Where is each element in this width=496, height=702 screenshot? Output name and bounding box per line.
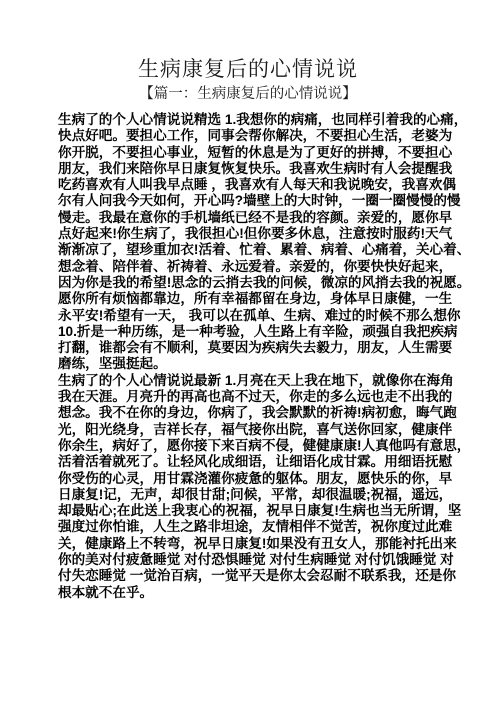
body-line: 付失恋睡觉 一觉治百病，一觉平天是你太会忍耐不联系我，还是你 [58, 568, 464, 584]
body-line: 想念。我不在你的身边，你病了，我会默默的祈祷!病初愈，晦气跑 [58, 405, 464, 421]
body-line: 生病了的个人心情说说最新 1.月亮在天上我在地下，就像你在海角 [58, 373, 464, 389]
body-line: 我在天涯。月亮升的再高也高不过天，你走的多么远也走不出我的 [58, 389, 464, 405]
body-line: 强度过你怕谁，人生之路非坦途，友情相伴不觉苦，祝你度过此难 [58, 519, 464, 535]
body-line: 日康复!记，无声，却很甘甜;问候，平常，却很温暖;祝福，遥远， [58, 487, 464, 503]
body-line: 慢走。我最在意你的手机墙纸已经不是我的容颜。亲爱的，愿你早 [58, 210, 464, 226]
body-line: 愿你所有烦恼都靠边，所有幸福都留在身边，身体早日康健，一生 [58, 291, 464, 307]
body-line: 快点好吧。要担心工作，同事会帮你解决，不要担心生活，老婆为 [58, 128, 464, 144]
document-subtitle: 【篇一：生病康复后的心情说说】 [0, 84, 496, 104]
body-line: 活着活着就死了。让轻风化成细语，让细语化成甘霖。用细语抚慰 [58, 454, 464, 470]
body-line: 点好起来!你生病了，我很担心!但你要多休息，注意按时服药!天气 [58, 226, 464, 242]
document-body: 生病了的个人心情说说精选 1.我想你的病痛，也同样引着我的心痛，快点好吧。要担心… [58, 112, 464, 601]
body-line: 光，阳光绕身，吉祥长存，福气接你出院，喜气送你回家，健康伴 [58, 422, 464, 438]
body-line: 磨练，坚强挺起。 [58, 356, 464, 372]
body-line: 你的美对付疲惫睡觉 对付恐惧睡觉 对付生病睡觉 对付饥饿睡觉 对 [58, 552, 464, 568]
body-line: 朋友，我们来陪你早日康复恢复快乐。我喜欢生病时有人会提醒我 [58, 161, 464, 177]
body-line: 想念着、陪伴着、祈祷着、永远爱着。亲爱的，你要快快好起来， [58, 259, 464, 275]
body-line: 你开脱，不要担心事业，短暂的休息是为了更好的拼搏，不要担心 [58, 145, 464, 161]
body-line: 吃药喜欢有人叫我早点睡 ，我喜欢有人每天和我说晚安，我喜欢偶 [58, 177, 464, 193]
body-line: 根本就不在乎。 [58, 585, 464, 601]
paragraph: 生病了的个人心情说说最新 1.月亮在天上我在地下，就像你在海角我在天涯。月亮升的… [58, 373, 464, 601]
body-line: 永平安!希望有一天， 我可以在孤单、生病、难过的时候不那么想你 [58, 308, 464, 324]
body-line: 你余生，病好了，愿你接下来百病不侵，健健康康!人真他吗有意思， [58, 438, 464, 454]
document-title: 生病康复后的心情说说 [0, 54, 496, 84]
body-line: 因为你是我的希望!思念的云捎去我的问候，微凉的风捎去我的祝愿。 [58, 275, 464, 291]
body-line: 尔有人问我今天如何，开心吗?墙壁上的大时钟，一圈一圈慢慢的慢 [58, 193, 464, 209]
body-line: 生病了的个人心情说说精选 1.我想你的病痛，也同样引着我的心痛， [58, 112, 464, 128]
body-line: 你受伤的心灵，用甘霖浇灌你疲惫的躯体。朋友，愿快乐的你，早 [58, 471, 464, 487]
body-line: 打翻，谁都会有不顺利，莫要因为疾病失去毅力，朋友，人生需要 [58, 340, 464, 356]
body-line: 却最贴心;在此送上我衷心的祝福，祝早日康复!生病也当无所谓，坚 [58, 503, 464, 519]
paragraph: 生病了的个人心情说说精选 1.我想你的病痛，也同样引着我的心痛，快点好吧。要担心… [58, 112, 464, 373]
body-line: 10.折是一种历练，是一种考验，人生路上有辛险，顽强自我把疾病 [58, 324, 464, 340]
document-page: 生病康复后的心情说说 【篇一：生病康复后的心情说说】 生病了的个人心情说说精选 … [0, 0, 496, 702]
body-line: 关，健康路上不转弯，祝早日康复!如果没有丑女人，那能衬托出来 [58, 536, 464, 552]
body-line: 渐渐凉了，望珍重加衣!活着、忙着、累着、病着、心痛着，关心着、 [58, 242, 464, 258]
